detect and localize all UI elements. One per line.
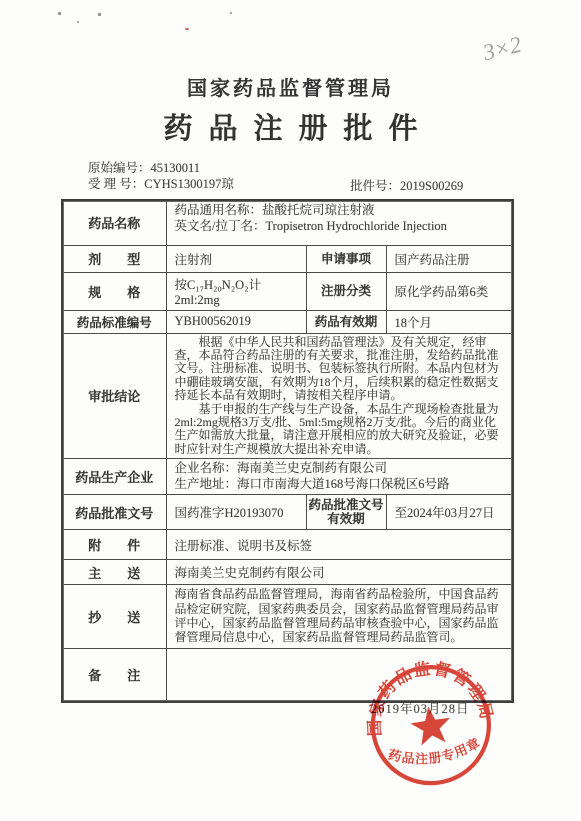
standard-no-label: 药品标准编号 [62, 310, 166, 333]
approval-number-line: 批件号：2019S00269 [350, 176, 463, 194]
specification-label: 规 格 [62, 272, 166, 310]
reg-class-label: 注册分类 [306, 272, 386, 310]
conclusion-paragraph-2: 基于申报的生产线与生产设备，本品生产现场检查批量为2ml:2mg规格3万支/批、… [175, 403, 508, 457]
approval-no-label: 药品批准文号 [62, 495, 166, 530]
manufacturer-address: 生产地址：海口市南海大道168号海口保税区6号路 [175, 477, 508, 493]
table-row-attachments: 附 件 注册标准、说明书及标签 [62, 530, 513, 560]
table-row-specification: 规 格 按C₁₇H₂₀N₂O₂计 2ml:2mg 注册分类 原化学药品第6类 [62, 272, 513, 310]
validity-label: 药品有效期 [306, 310, 386, 333]
table-row-drug-name: 药品名称 药品通用名称：盐酸托烷司琼注射液 英文名/拉丁名：Tropisetro… [62, 200, 513, 245]
table-row-conclusion: 审批结论 根据《中华人民共和国药品管理法》及有关规定，经审查，本品符合药品注册的… [62, 333, 513, 459]
drug-name-cell: 药品通用名称：盐酸托烷司琼注射液 英文名/拉丁名：Tropisetron Hyd… [166, 200, 513, 245]
scan-speck [77, 21, 79, 23]
drug-english-name: 英文名/拉丁名：Tropisetron Hydrochloride Inject… [175, 219, 508, 235]
table-row-manufacturer: 药品生产企业 企业名称：海南美兰史克制药有限公司 生产地址：海口市南海大道168… [62, 459, 513, 495]
manufacturer-label: 药品生产企业 [62, 459, 166, 495]
cc-value: 海南省食品药品监督管理局，海南省药品检验所，中国食品药品检定研究院，国家药典委员… [166, 585, 513, 649]
document-title: 药品注册批件 [0, 106, 581, 147]
conclusion-label: 审批结论 [62, 333, 166, 459]
dosage-form-label: 剂 型 [62, 245, 166, 272]
validity-value: 18个月 [386, 310, 513, 333]
drug-name-label: 药品名称 [62, 200, 166, 245]
seal-star-icon [408, 704, 453, 747]
manufacturer-cell: 企业名称：海南美兰史克制药有限公司 生产地址：海口市南海大道168号海口保税区6… [166, 459, 513, 495]
agency-name: 国家药品监督管理局 [0, 72, 581, 101]
manufacturer-name: 企业名称：海南美兰史克制药有限公司 [175, 461, 508, 477]
main-recipient-label: 主 送 [62, 560, 166, 585]
scan-speck [98, 13, 101, 16]
remarks-label: 备 注 [62, 649, 166, 702]
scan-speck [185, 28, 189, 30]
approval-validity-label: 药品批准文号 有效期 [306, 495, 386, 530]
table-row-dosage-form: 剂 型 注射剂 申请事项 国产药品注册 [62, 245, 513, 272]
scan-speck [230, 12, 232, 14]
dosage-form-value: 注射剂 [166, 245, 306, 272]
standard-no-value: YBH00562019 [166, 310, 306, 333]
reg-class-value: 原化学药品第6类 [386, 272, 513, 310]
cc-label: 抄 送 [62, 585, 166, 649]
approval-number-value: 2019S00269 [400, 179, 463, 193]
original-number-value: 45130011 [151, 161, 201, 175]
acceptance-number-label: 受 理 号： [88, 177, 144, 191]
handwritten-note: 3×2 [480, 32, 524, 67]
application-label: 申请事项 [306, 245, 386, 272]
approval-table: 药品名称 药品通用名称：盐酸托烷司琼注射液 英文名/拉丁名：Tropisetro… [61, 199, 514, 703]
attachments-label: 附 件 [62, 530, 166, 560]
acceptance-number-value: CYHS1300197琼 [144, 177, 234, 191]
application-value: 国产药品注册 [386, 245, 513, 272]
document-page: 3×2 国家药品监督管理局 药品注册批件 原始编号：45130011 受 理 号… [0, 0, 581, 821]
table-row-cc: 抄 送 海南省食品药品监督管理局，海南省药品检验所，中国食品药品检定研究院，国家… [62, 585, 513, 649]
approval-validity-value: 至2024年03月27日 [386, 495, 513, 530]
original-number-line: 原始编号：45130011 [88, 160, 518, 176]
table-row-main-recipient: 主 送 海南美兰史克制药有限公司 [62, 560, 513, 585]
table-row-approval-number: 药品批准文号 国药准字H20193070 药品批准文号 有效期 至2024年03… [62, 495, 513, 530]
specification-value: 按C₁₇H₂₀N₂O₂计 2ml:2mg [166, 272, 306, 310]
conclusion-cell: 根据《中华人民共和国药品管理法》及有关规定，经审查，本品符合药品注册的有关要求，… [166, 333, 513, 459]
table-row-standard-no: 药品标准编号 YBH00562019 药品有效期 18个月 [62, 310, 513, 333]
approval-number-label: 批件号： [350, 179, 400, 193]
conclusion-paragraph-1: 根据《中华人民共和国药品管理法》及有关规定，经审查，本品符合药品注册的有关要求，… [175, 336, 508, 403]
drug-generic-name: 药品通用名称：盐酸托烷司琼注射液 [175, 203, 508, 219]
scan-speck [58, 12, 61, 15]
attachments-value: 注册标准、说明书及标签 [166, 530, 513, 560]
meta-block: 原始编号：45130011 受 理 号：CYHS1300197琼 批件号：201… [88, 160, 518, 192]
official-seal: 国家药品监督管理局 药品注册专用章 [342, 636, 523, 817]
approval-no-value: 国药准字H20193070 [166, 495, 306, 530]
main-recipient-value: 海南美兰史克制药有限公司 [166, 560, 513, 585]
original-number-label: 原始编号： [88, 161, 151, 175]
